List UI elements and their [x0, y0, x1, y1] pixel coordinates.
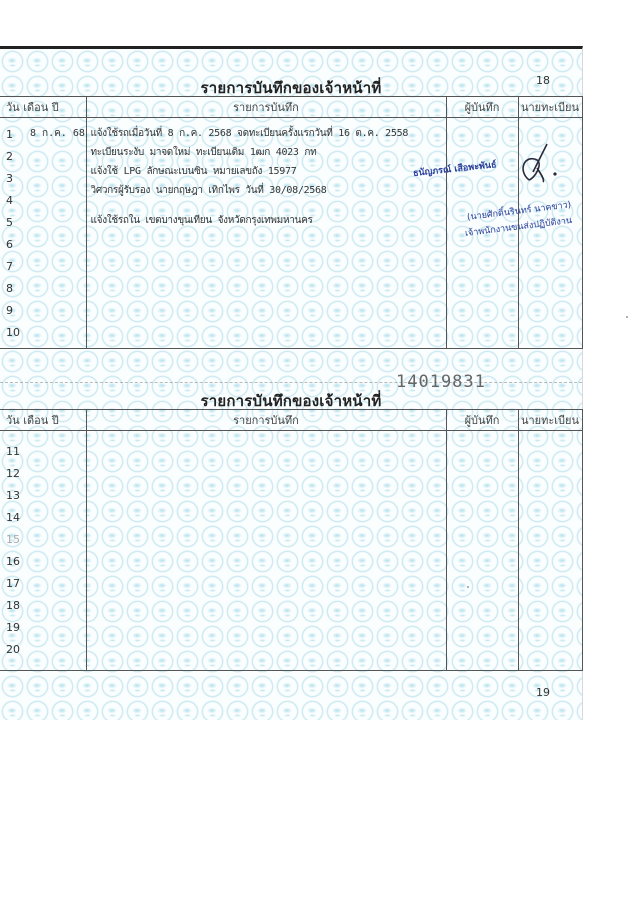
entry-cell: แจ้งใช้รถเมื่อวันที่ 8 ก.ค. 2568 จดทะเบี… [86, 118, 446, 349]
row-number: 18 [6, 599, 26, 612]
row-number: 1 [6, 128, 26, 141]
officer-record-table: วัน เดือน ปี รายการบันทึก ผู้บันทึก นายท… [0, 96, 583, 349]
row-number: 3 [6, 172, 26, 185]
column-header-recorder: ผู้บันทึก [446, 410, 518, 431]
date-cell: 11 12 13 14 15 16 17 18 19 20 [0, 431, 86, 671]
date-cell: 1 2 3 4 5 6 7 8 9 10 8 ก.ค. 68 [0, 118, 86, 349]
record-page-19: 14019831 รายการบันทึกของเจ้าหน้าที่ วัน … [0, 349, 583, 720]
entry-line: แจ้งใช้ LPG ลักษณะเบนซิน หมายเลขถัง 1597… [91, 164, 297, 179]
row-number: 19 [6, 621, 26, 634]
page-number: 18 [536, 74, 550, 87]
row-number: 5 [6, 216, 26, 229]
signature-icon [507, 140, 577, 190]
scan-speck [467, 586, 469, 588]
registrar-cell: (นายศักดิ์นรินทร์ นาคขาว) เจ้าพนักงานขนส… [518, 118, 582, 349]
registrar-cell [518, 431, 582, 671]
row-number: 11 [6, 445, 26, 458]
column-header-registrar: นายทะเบียน [518, 410, 582, 431]
row-number: 20 [6, 643, 26, 656]
column-header-registrar: นายทะเบียน [518, 97, 582, 118]
row-number: 9 [6, 304, 26, 317]
row-number: 7 [6, 260, 26, 273]
row-number: 13 [6, 489, 26, 502]
entry-line: แจ้งใช้รถเมื่อวันที่ 8 ก.ค. 2568 จดทะเบี… [91, 126, 409, 141]
record-page-18: รายการบันทึกของเจ้าหน้าที่ 18 วัน เดือน … [0, 46, 583, 352]
entry-cell [86, 431, 446, 671]
officer-record-table: วัน เดือน ปี รายการบันทึก ผู้บันทึก นายท… [0, 409, 583, 671]
row-number: 17 [6, 577, 26, 590]
row-number: 15 [6, 533, 26, 546]
row-number: 6 [6, 238, 26, 251]
row-number: 10 [6, 326, 26, 339]
perforation-line [0, 382, 582, 383]
column-header-entry: รายการบันทึก [86, 410, 446, 431]
row-number: 8 [6, 282, 26, 295]
entry-line: วิศวกรผู้รับรอง นายกฤษฎา เทิกไพร วันที่ … [91, 183, 327, 198]
page-number: 19 [536, 686, 550, 699]
row-number: 12 [6, 467, 26, 480]
row-number: 2 [6, 150, 26, 163]
recorder-cell [446, 431, 518, 671]
column-header-date: วัน เดือน ปี [0, 410, 86, 431]
column-header-entry: รายการบันทึก [86, 97, 446, 118]
entry-line: ทะเบียนระงับ มาจดใหม่ ทะเบียนเดิม 1ฒก 40… [91, 145, 317, 160]
entry-line: แจ้งใช้รถใน เขตบางขุนเทียน จังหวัดกรุงเท… [91, 213, 313, 228]
column-header-date: วัน เดือน ปี [0, 97, 86, 118]
scan-speck [626, 316, 628, 318]
row-number: 16 [6, 555, 26, 568]
row-number: 4 [6, 194, 26, 207]
row-number: 14 [6, 511, 26, 524]
entry-date: 8 ก.ค. 68 [30, 126, 85, 141]
column-header-recorder: ผู้บันทึก [446, 97, 518, 118]
